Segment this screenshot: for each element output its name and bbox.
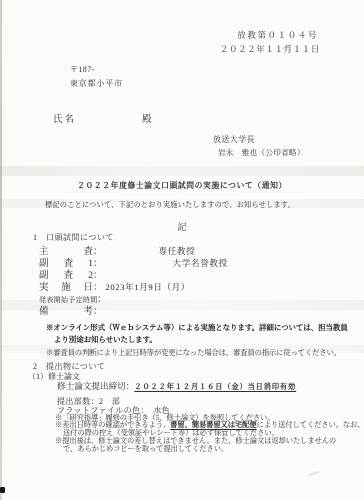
row-sub-examiner-2: 副査2： [39, 269, 228, 281]
scan-edge-line [0, 0, 2, 500]
section1-heading: 1 口頭試問について [33, 232, 114, 243]
row-remarks: 備考： [39, 305, 228, 317]
deadline-value: ２０２２年１２月１６日（金）当日消印有効 [134, 383, 296, 391]
document-number: 放教第０１０４号 [237, 29, 318, 41]
note-no-return: ※提出後は、修士論文の差し替えはできません。また、修士論文は返却いたしませんので… [55, 437, 341, 454]
thesis-deadline-line: 修士論文提出締切：２０２２年１２月１６日（金）当日消印有効 [57, 380, 296, 392]
scan-corner-mark [0, 487, 5, 493]
note-online-format: ※オンライン形式（Ｗｅｂシステム等）による実施となります。詳細については、担当教… [46, 322, 352, 345]
note-examiner-change: ※審査員の判断により上記日時等が変更になった場合は、審査員の指示に従ってください… [46, 347, 341, 358]
recipient-honorific: 殿 [142, 111, 152, 125]
row-sub-examiner-1: 副査1：大学名誉教授 [39, 257, 228, 269]
intro-sentence: 標記のことについて、下記のとおり実施いたしますので、お知らせします。 [45, 200, 295, 210]
row-chief-examiner: 主査：専任教授 [39, 245, 228, 257]
document-subject: ２０２２年度修士論文口頭試問の実施について（通知） [0, 180, 364, 191]
row-label: 備考 [39, 306, 93, 318]
oral-exam-detail-rows: 主査：専任教授 副査1：大学名誉教授 副査2： 実施日：2023年1月9日（月）… [39, 245, 228, 317]
scanned-notice-document: 放教第０１０４号 ２０２２年１１月１１日 〒187- 東京都小平市 氏名 殿 放… [0, 0, 364, 500]
sender-title: 放送大学長 [213, 134, 255, 145]
row-value: 専任教授 [159, 246, 196, 256]
row-colon: ： [93, 306, 103, 318]
row-exam-date: 実施日：2023年1月9日（月） [39, 281, 228, 293]
recipient-name-label: 氏名 [53, 111, 76, 125]
recipient-postal-code: 〒187- [70, 64, 95, 75]
sender-name: 岩永 雅也（公印省略） [218, 147, 305, 158]
recipient-address: 東京都小平市 [70, 78, 123, 89]
scan-artifact-band [0, 166, 364, 176]
scan-smudge [308, 470, 320, 476]
row-value: 大学名誉教授 [173, 258, 228, 268]
deadline-label: 修士論文提出締切： [57, 381, 134, 391]
issue-date: ２０２２年１１月１１日 [220, 43, 320, 55]
row-value: 2023年1月9日（月） [106, 282, 191, 292]
row-start-time: 発表開始予定時間： [39, 293, 228, 305]
